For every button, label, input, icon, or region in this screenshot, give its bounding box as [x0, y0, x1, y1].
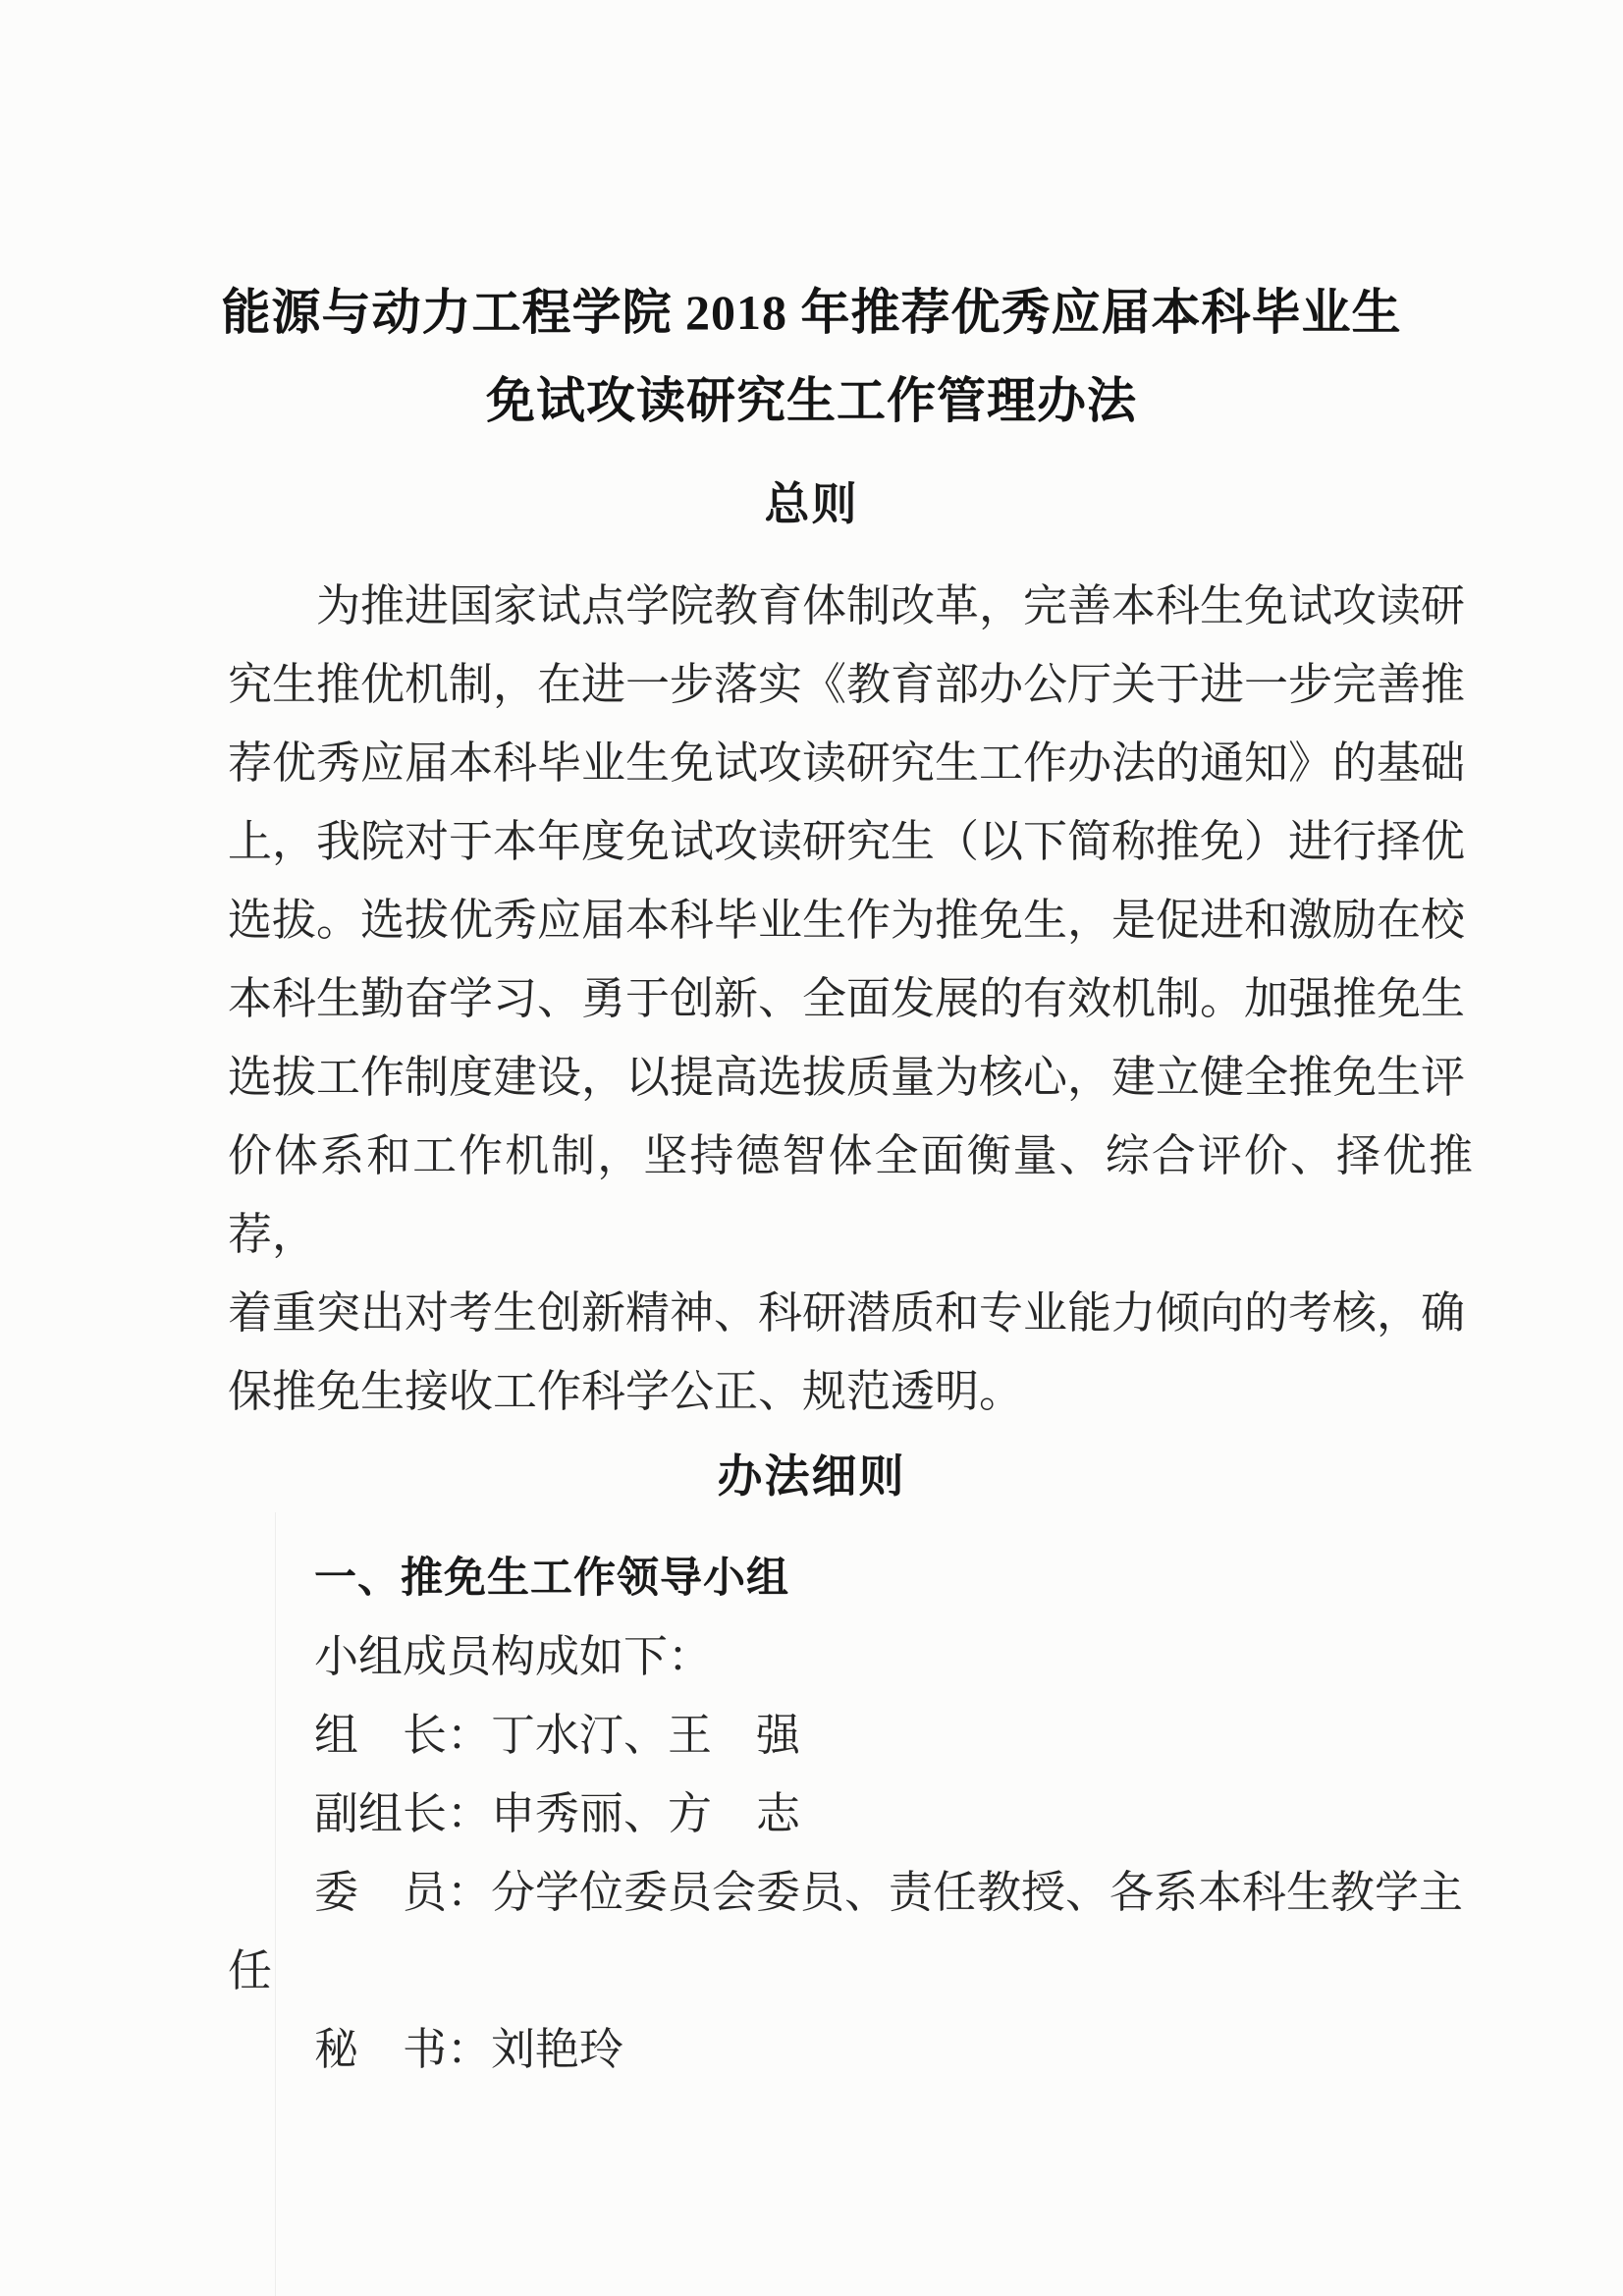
paragraph-line-9: 着重突出对考生创新精神、科研潜质和专业能力倾向的考核，确 — [228, 1274, 1473, 1352]
document-page: 能源与动力工程学院 2018 年推荐优秀应届本科毕业生 免试攻读研究生工作管理办… — [0, 0, 1623, 2296]
paragraph-line-6: 本科生勤奋学习、勇于创新、全面发展的有效机制。加强推免生 — [228, 959, 1473, 1038]
document-title-line1: 能源与动力工程学院 2018 年推荐优秀应届本科毕业生 — [0, 268, 1623, 356]
group-leader-line: 组 长：丁水汀、王 强 — [228, 1696, 1473, 1775]
committee-members-wrap-line: 任 — [228, 1932, 1473, 2010]
general-provisions-paragraph: 为推进国家试点学院教育体制改革，完善本科生免试攻读研 究生推优机制，在进一步落实… — [0, 567, 1623, 1431]
document-title: 能源与动力工程学院 2018 年推荐优秀应届本科毕业生 免试攻读研究生工作管理办… — [0, 0, 1623, 445]
paragraph-line-8: 价体系和工作机制，坚持德智体全面衡量、综合评价、择优推荐， — [228, 1117, 1473, 1274]
general-provisions-heading: 总则 — [0, 474, 1623, 533]
secretary-line: 秘 书：刘艳玲 — [228, 2010, 1473, 2089]
paragraph-line-1: 为推进国家试点学院教育体制改革，完善本科生免试攻读研 — [228, 567, 1473, 645]
deputy-leader-line: 副组长：申秀丽、方 志 — [228, 1775, 1473, 1853]
paragraph-line-3: 荐优秀应届本科毕业生免试攻读研究生工作办法的通知》的基础 — [228, 724, 1473, 802]
detailed-rules-heading: 办法细则 — [0, 1447, 1623, 1505]
leadership-intro-line: 小组成员构成如下： — [228, 1617, 1473, 1696]
leadership-group-section: 一、推免生工作领导小组 小组成员构成如下： 组 长：丁水汀、王 强 副组长：申秀… — [0, 1539, 1623, 2089]
paragraph-line-5: 选拔。选拔优秀应届本科毕业生作为推免生，是促进和激励在校 — [228, 881, 1473, 959]
paragraph-line-4: 上，我院对于本年度免试攻读研究生（以下简称推免）进行择优 — [228, 802, 1473, 881]
paragraph-line-2: 究生推优机制，在进一步落实《教育部办公厅关于进一步完善推 — [228, 645, 1473, 724]
leadership-group-heading: 一、推免生工作领导小组 — [228, 1539, 1473, 1617]
document-title-line2: 免试攻读研究生工作管理办法 — [0, 356, 1623, 445]
committee-members-line: 委 员：分学位委员会委员、责任教授、各系本科生教学主 — [228, 1853, 1473, 1932]
paragraph-line-10: 保推免生接收工作科学公正、规范透明。 — [228, 1352, 1473, 1431]
paragraph-line-7: 选拔工作制度建设，以提高选拔质量为核心，建立健全推免生评 — [228, 1038, 1473, 1117]
